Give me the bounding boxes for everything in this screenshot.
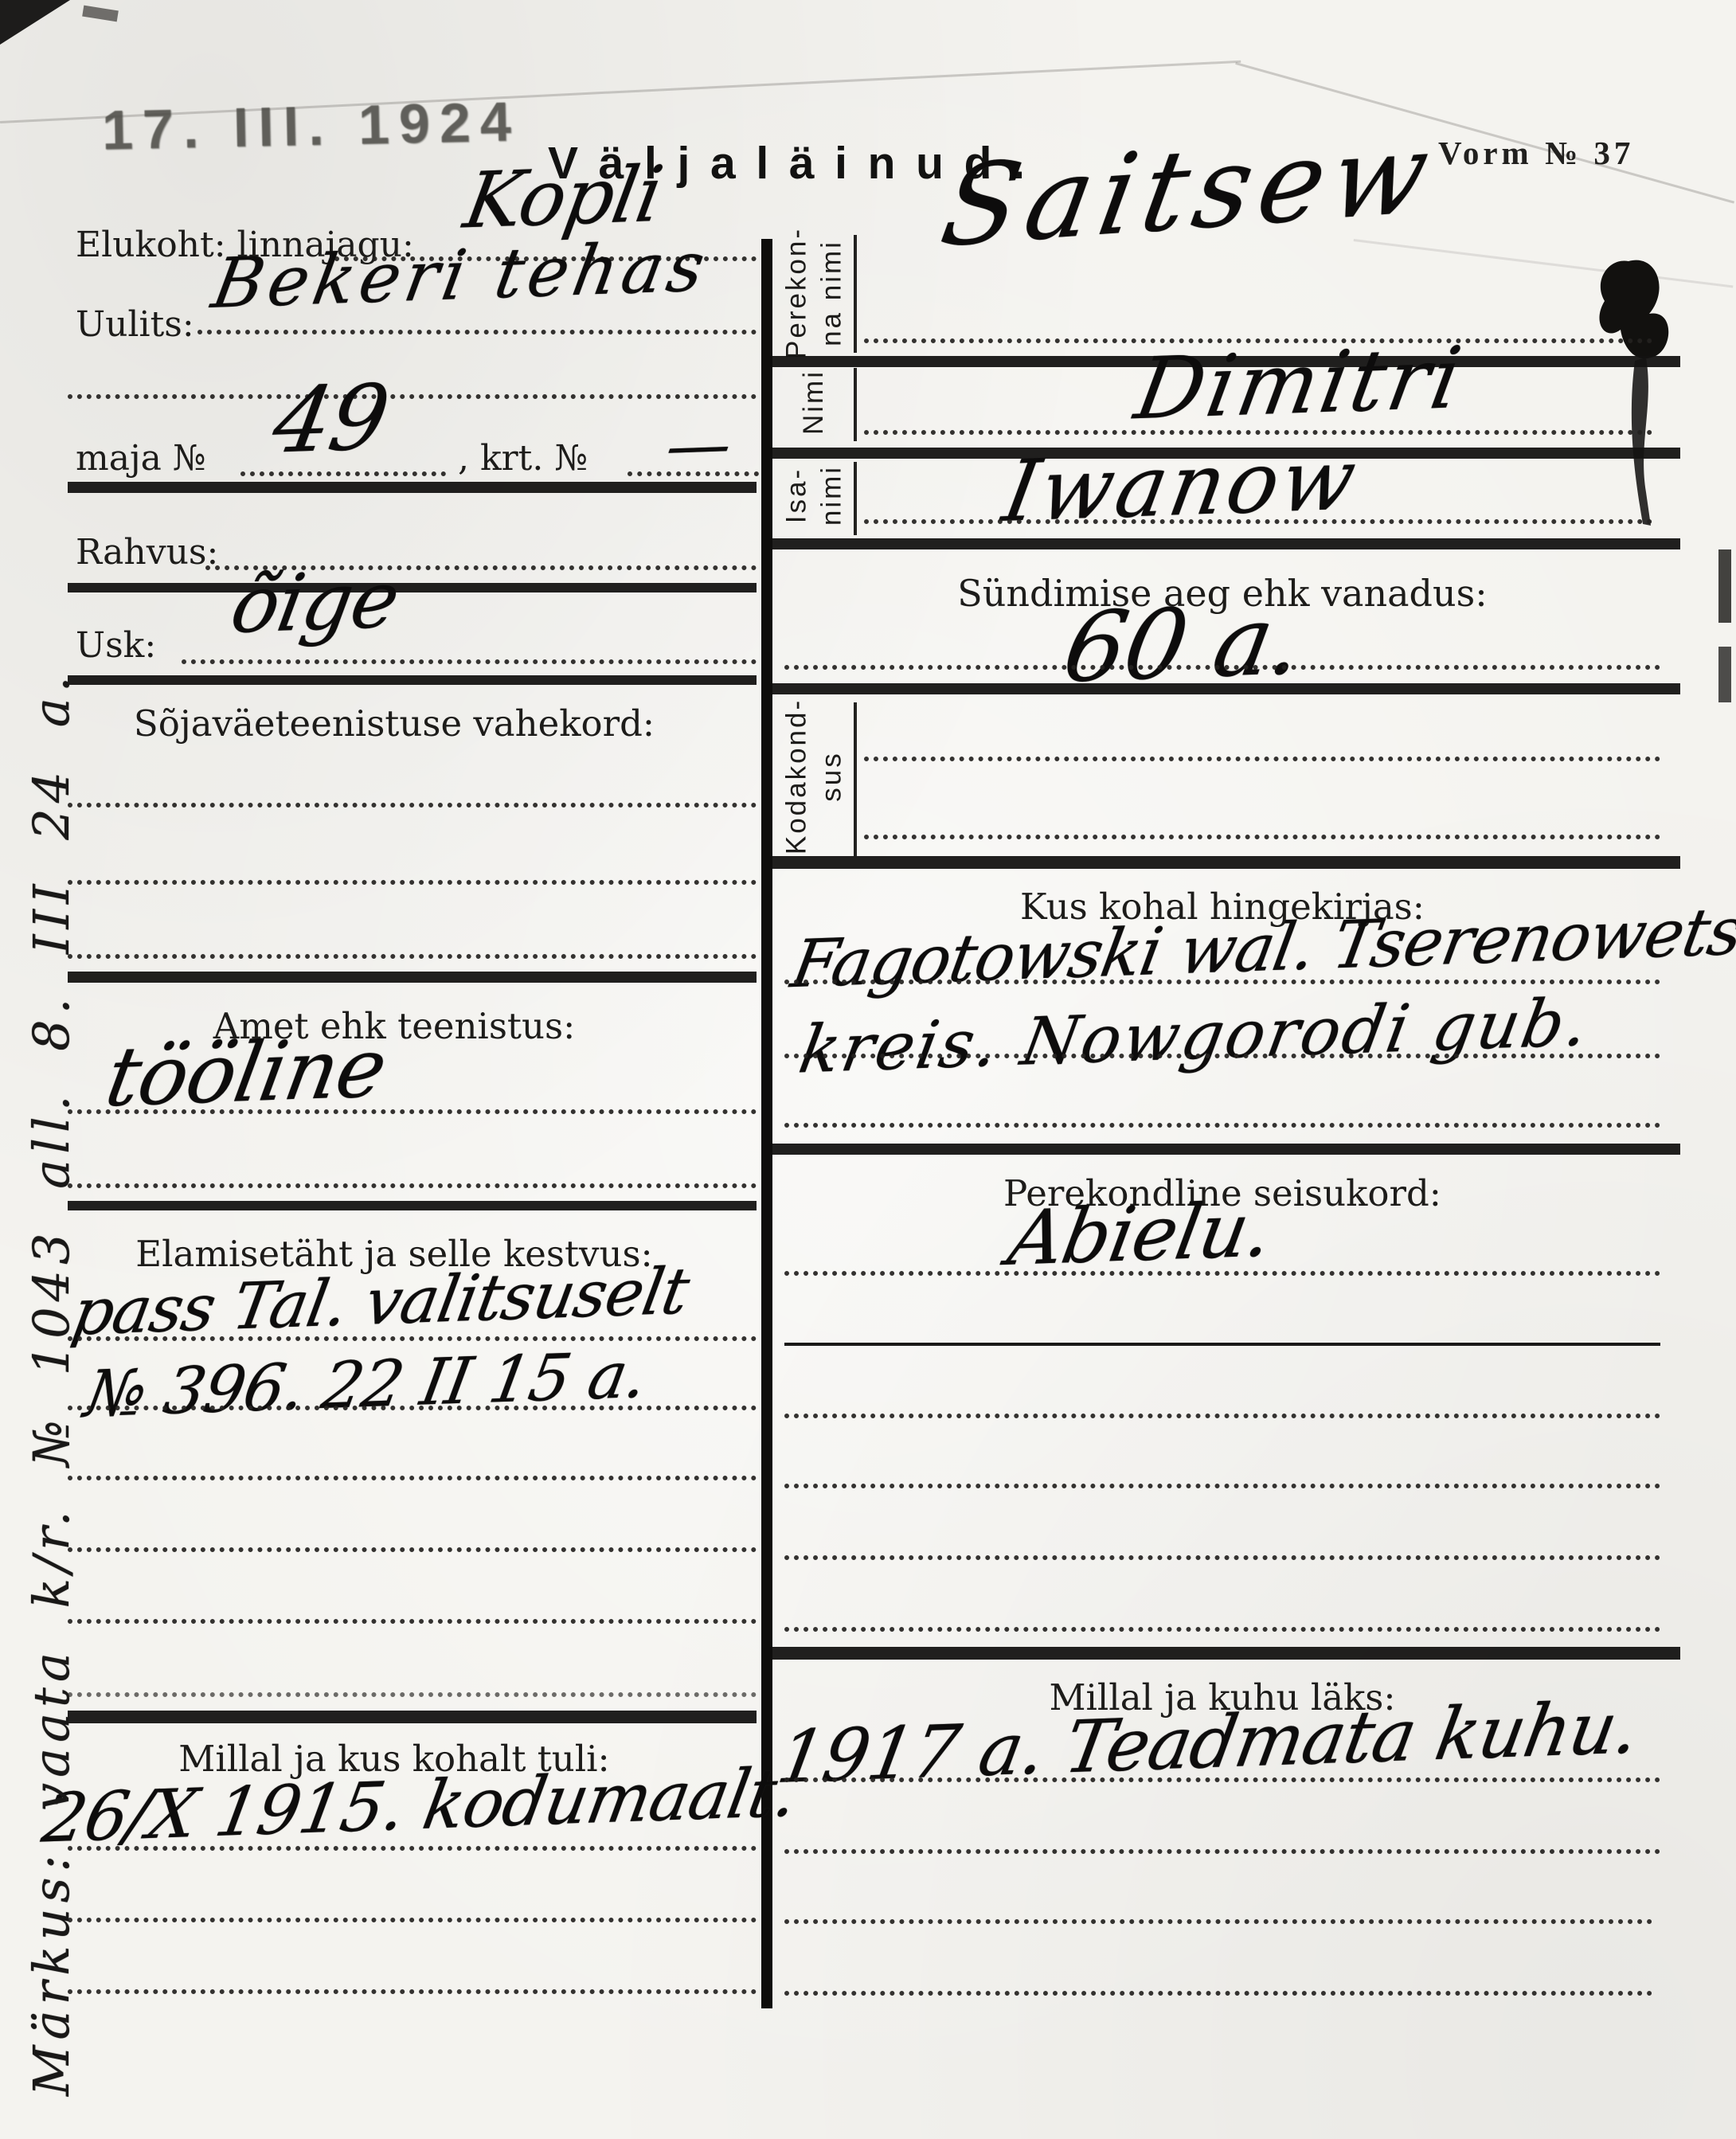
ruled-line-dotted (784, 1414, 1660, 1418)
street-value: Bekeri tehas (206, 227, 715, 324)
patronymic-label: Isa- nimi (779, 465, 849, 526)
section-divider-line (68, 482, 757, 493)
ink-blot (1581, 253, 1684, 532)
citizenship-label-line1: Kodakond- (779, 698, 814, 854)
ruled-line-dotted (68, 803, 757, 808)
ruled-line-dotted (784, 1271, 1660, 1276)
street-label: Uulits: (76, 304, 194, 345)
column-divider-line (761, 239, 772, 2008)
citizenship-label: Kodakond- sus (779, 698, 849, 854)
marital-value: Abielu. (1002, 1187, 1277, 1283)
ruled-line-dotted (68, 1918, 757, 1922)
scan-edge-mark (1718, 549, 1731, 623)
ruled-line-dotted (68, 1109, 757, 1114)
ruled-line-solid (784, 1343, 1660, 1346)
section-divider-line (772, 683, 1680, 694)
section-divider-line (772, 538, 1680, 549)
section-divider-line (68, 583, 757, 592)
ruled-line-dotted (68, 1476, 757, 1480)
ruled-line-dotted (68, 1336, 757, 1341)
citizenship-label-line2: sus (814, 698, 849, 854)
section-divider-line (68, 1201, 757, 1210)
section-divider-line (68, 972, 757, 983)
ruled-line-dotted (68, 1989, 757, 1994)
label-rule (854, 235, 857, 353)
ruled-line-dotted (784, 1484, 1660, 1488)
patronymic-label-line2: nimi (814, 465, 849, 526)
residence-permit-value-line2: № 396. 22 II 15 a. (80, 1337, 652, 1431)
first-name-label: Nimi (796, 370, 831, 435)
ruled-line-dotted (68, 1846, 757, 1851)
ruled-line-dotted (68, 1406, 757, 1410)
ruled-line-dotted (784, 1991, 1652, 1996)
ruled-line-dotted (784, 1777, 1660, 1782)
surname-label: Perekon- na nimi (779, 227, 849, 359)
ruled-line-dotted (784, 1627, 1660, 1632)
ruled-line-dotted (784, 1919, 1652, 1924)
section-divider-line (68, 1711, 757, 1723)
ruled-line-dotted (784, 665, 1660, 670)
ruled-line-dotted (784, 1123, 1660, 1128)
label-rule (854, 368, 857, 441)
ruled-line-dotted (68, 394, 757, 399)
ruled-line-dotted (864, 835, 1660, 839)
apartment-label: , krt. № (458, 438, 588, 479)
house-label: maja № (76, 438, 205, 479)
section-divider-line (772, 856, 1680, 869)
label-rule (854, 462, 857, 535)
ruled-line-dotted (784, 1054, 1660, 1058)
patronymic-value: Iwanow (996, 430, 1366, 541)
ruled-line-dotted (68, 1183, 757, 1188)
section-divider-line (68, 675, 757, 685)
section-divider-line (772, 1144, 1680, 1155)
religion-label: Usk: (76, 625, 156, 666)
form-number: Vorm № 37 (1438, 134, 1634, 172)
ruled-line-dotted (864, 757, 1660, 761)
scan-edge-mark (1718, 647, 1731, 702)
registration-card: 17. III. 1924 Väljaläinud. Vorm № 37 Elu… (0, 0, 1736, 2139)
religion-value: õige (225, 554, 405, 651)
nationality-label: Rahvus: (76, 532, 218, 573)
patronymic-label-line1: Isa- (779, 465, 814, 526)
ruled-line-dotted (864, 519, 1652, 524)
military-service-label: Sõjaväeteenistuse vahekord: (68, 702, 721, 745)
surname-label-line2: na nimi (814, 227, 849, 359)
label-rule (854, 702, 857, 856)
ruled-line-dotted (784, 1849, 1660, 1854)
ruled-line-dotted (68, 954, 757, 959)
ruled-line-dotted (68, 1547, 757, 1552)
scan-corner-mark (0, 0, 70, 45)
surname-value: Saitsew (933, 108, 1445, 272)
date-stamp: 17. III. 1924 (101, 90, 521, 162)
ruled-line-dotted (68, 1619, 757, 1624)
house-value: 49 (266, 366, 397, 474)
first-name-value: Dimitri (1128, 328, 1471, 438)
margin-note: Märkus: vaata k/r. № 1043 all. 8. III 24… (22, 671, 80, 2096)
ruled-line-dotted (68, 880, 757, 885)
ruled-line-dotted (182, 659, 757, 664)
ruled-line-dotted (784, 1555, 1660, 1560)
ruled-line-dotted (784, 980, 1660, 984)
ruled-line-dotted (197, 330, 757, 334)
surname-label-line1: Perekon- (779, 227, 814, 359)
registered-value-line2: kreis. Nowgorodi gub. (794, 984, 1596, 1088)
ruled-line-dotted (68, 1692, 757, 1697)
scan-smudge (82, 6, 119, 22)
section-divider-line (772, 1647, 1680, 1660)
